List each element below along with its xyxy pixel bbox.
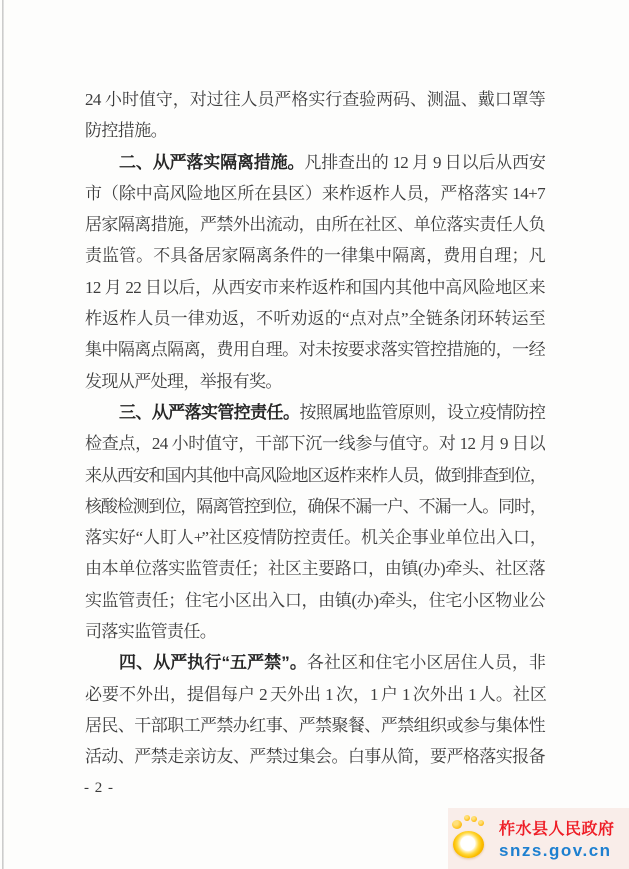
text-line: 来从西安和国内其他中高风险地区返柞来柞人员，做到排查到位， <box>85 460 545 491</box>
text-run: 按照属地监管原则，设立疫情防控 <box>299 403 545 422</box>
text-line: 必要不外出，提倡每户 2 天外出 1 次，1 户 1 次外出 1 人。社区 <box>85 679 545 710</box>
scan-edge-line <box>2 0 4 869</box>
gov-org-name: 柞水县人民政府 <box>499 821 625 839</box>
text-line: 落实好“人盯人+”社区疫情防控责任。机关企事业单位出入口， <box>85 522 545 553</box>
footprint-toe-dot <box>471 816 477 822</box>
gov-watermark: 柞水县人民政府 snzs.gov.cn <box>448 808 629 869</box>
text-run: 各社区和住宅小区居住人员，非 <box>307 653 545 672</box>
text-line: 集中隔离点隔离，费用自理。对未按要求落实管控措施的，一经 <box>85 334 545 365</box>
gov-website: snzs.gov.cn <box>499 841 625 860</box>
text-line: 实监管责任；住宅小区出入口，由镇(办)牵头，住宅小区物业公 <box>85 585 545 616</box>
footprint-toe-dot <box>464 815 470 821</box>
text-line: 检查点，24 小时值守，干部下沉一线参与值守。对 12 月 9 日以 <box>85 428 545 459</box>
document-body: 24 小时值守，对过往人员严格实行查验两码、测温、戴口罩等 防控措施。 二、从严… <box>85 84 545 773</box>
text-line: 由本单位落实监管责任；社区主要路口，由镇(办)牵头、社区落 <box>85 553 545 584</box>
footprint-icon <box>452 815 490 863</box>
text-line: 居民、干部职工严禁办红事、严禁聚餐、严禁组织或参与集体性 <box>85 710 545 741</box>
text-line: 活动、严禁走亲访友、严禁过集会。白事从简，要严格落实报备 <box>85 741 545 772</box>
section-heading: 二、从严落实隔离措施。 <box>119 153 304 172</box>
text-run: 凡排查出的 12 月 9 日以后从西安 <box>304 153 545 172</box>
footprint-ring <box>453 831 484 858</box>
section-heading-line: 三、从严落实管控责任。按照属地监管原则，设立疫情防控 <box>85 397 545 428</box>
text-line: 司落实监管责任。 <box>85 616 545 647</box>
text-line: 责监管。不具备居家隔离条件的一律集中隔离，费用自理；凡 <box>85 240 545 271</box>
text-line: 核酸检测到位，隔离管控到位，确保不漏一户、不漏一人。同时， <box>85 491 545 522</box>
section-heading-line: 二、从严落实隔离措施。凡排查出的 12 月 9 日以后从西安 <box>85 147 545 178</box>
footprint-toe-dot <box>452 820 462 829</box>
text-line: 居家隔离措施，严禁外出流动，由所在社区、单位落实责任人负 <box>85 209 545 240</box>
text-line: 12 月 22 日以后，从西安市来柞返柞和国内其他中高风险地区来 <box>85 272 545 303</box>
gov-watermark-text: 柞水县人民政府 snzs.gov.cn <box>499 821 625 860</box>
text-line: 24 小时值守，对过往人员严格实行查验两码、测温、戴口罩等 <box>85 84 545 115</box>
section-heading: 四、从严执行“五严禁”。 <box>119 653 307 672</box>
text-line: 发现从严处理，举报有奖。 <box>85 366 545 397</box>
section-heading-line: 四、从严执行“五严禁”。各社区和住宅小区居住人员，非 <box>85 647 545 678</box>
footprint-toe-dot <box>478 820 484 826</box>
document-page: 24 小时值守，对过往人员严格实行查验两码、测温、戴口罩等 防控措施。 二、从严… <box>0 0 629 869</box>
text-line: 市（除中高风险地区所在县区）来柞返柞人员，严格落实 14+7 <box>85 178 545 209</box>
text-line: 防控措施。 <box>85 115 545 146</box>
section-heading: 三、从严落实管控责任。 <box>119 403 299 422</box>
text-line: 柞返柞人员一律劝返，不听劝返的“点对点”全链条闭环转运至 <box>85 303 545 334</box>
page-number: - 2 - <box>84 780 114 797</box>
